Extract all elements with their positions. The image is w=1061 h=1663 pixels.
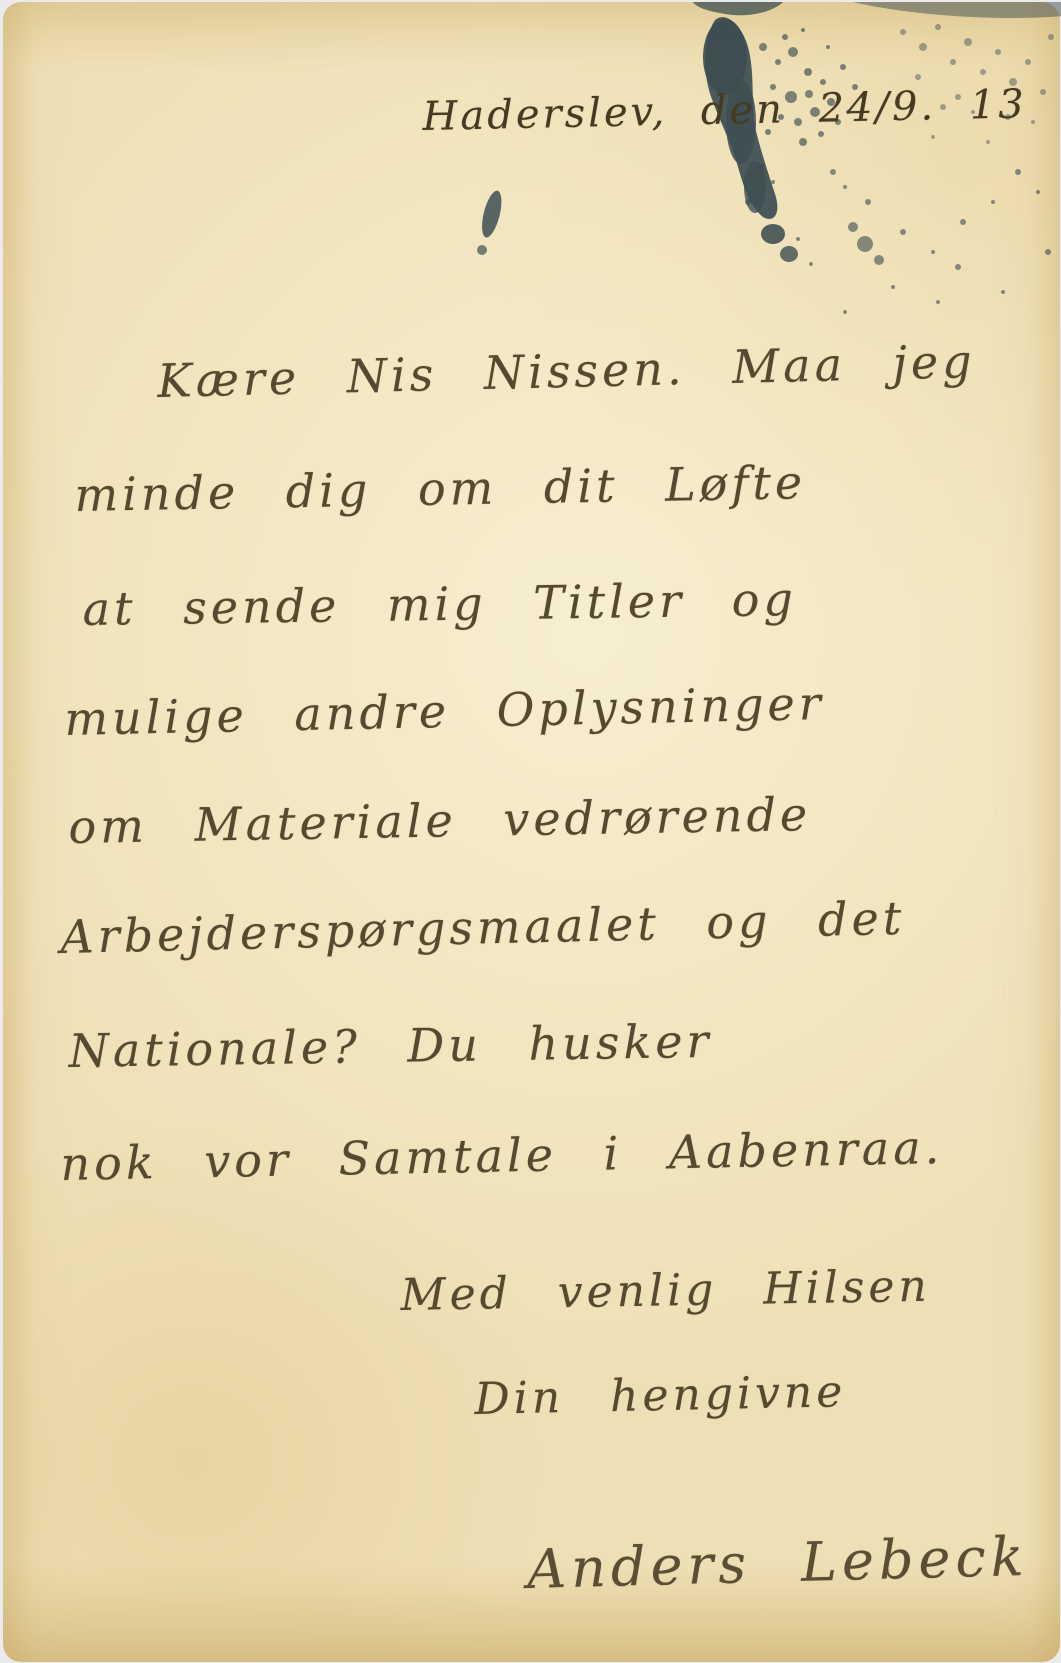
place-date-line: Haderslev, den 24/9. 13 <box>422 81 1027 140</box>
body-line: Arbejderspørgsmaalet og det <box>60 891 906 964</box>
body-line: Nationale? Du husker <box>68 1014 713 1078</box>
letter-paper: Haderslev, den 24/9. 13 Kære Nis Nissen.… <box>3 2 1060 1662</box>
signature: Anders Lebeck <box>526 1525 1029 1601</box>
body-line: nok vor Samtale i Aabenraa. <box>60 1120 944 1191</box>
body-line: om Materiale vedrørende <box>68 787 812 854</box>
closing-line: Din hengivne <box>474 1366 847 1425</box>
body-line: minde dig om dit Løfte <box>74 455 806 522</box>
closing-line: Med venlig Hilsen <box>400 1261 931 1321</box>
body-line: mulige andre Oplysninger <box>64 676 825 746</box>
body-line: at sende mig Titler og <box>82 572 797 636</box>
body-line: Kære Nis Nissen. Maa jeg <box>157 334 976 408</box>
